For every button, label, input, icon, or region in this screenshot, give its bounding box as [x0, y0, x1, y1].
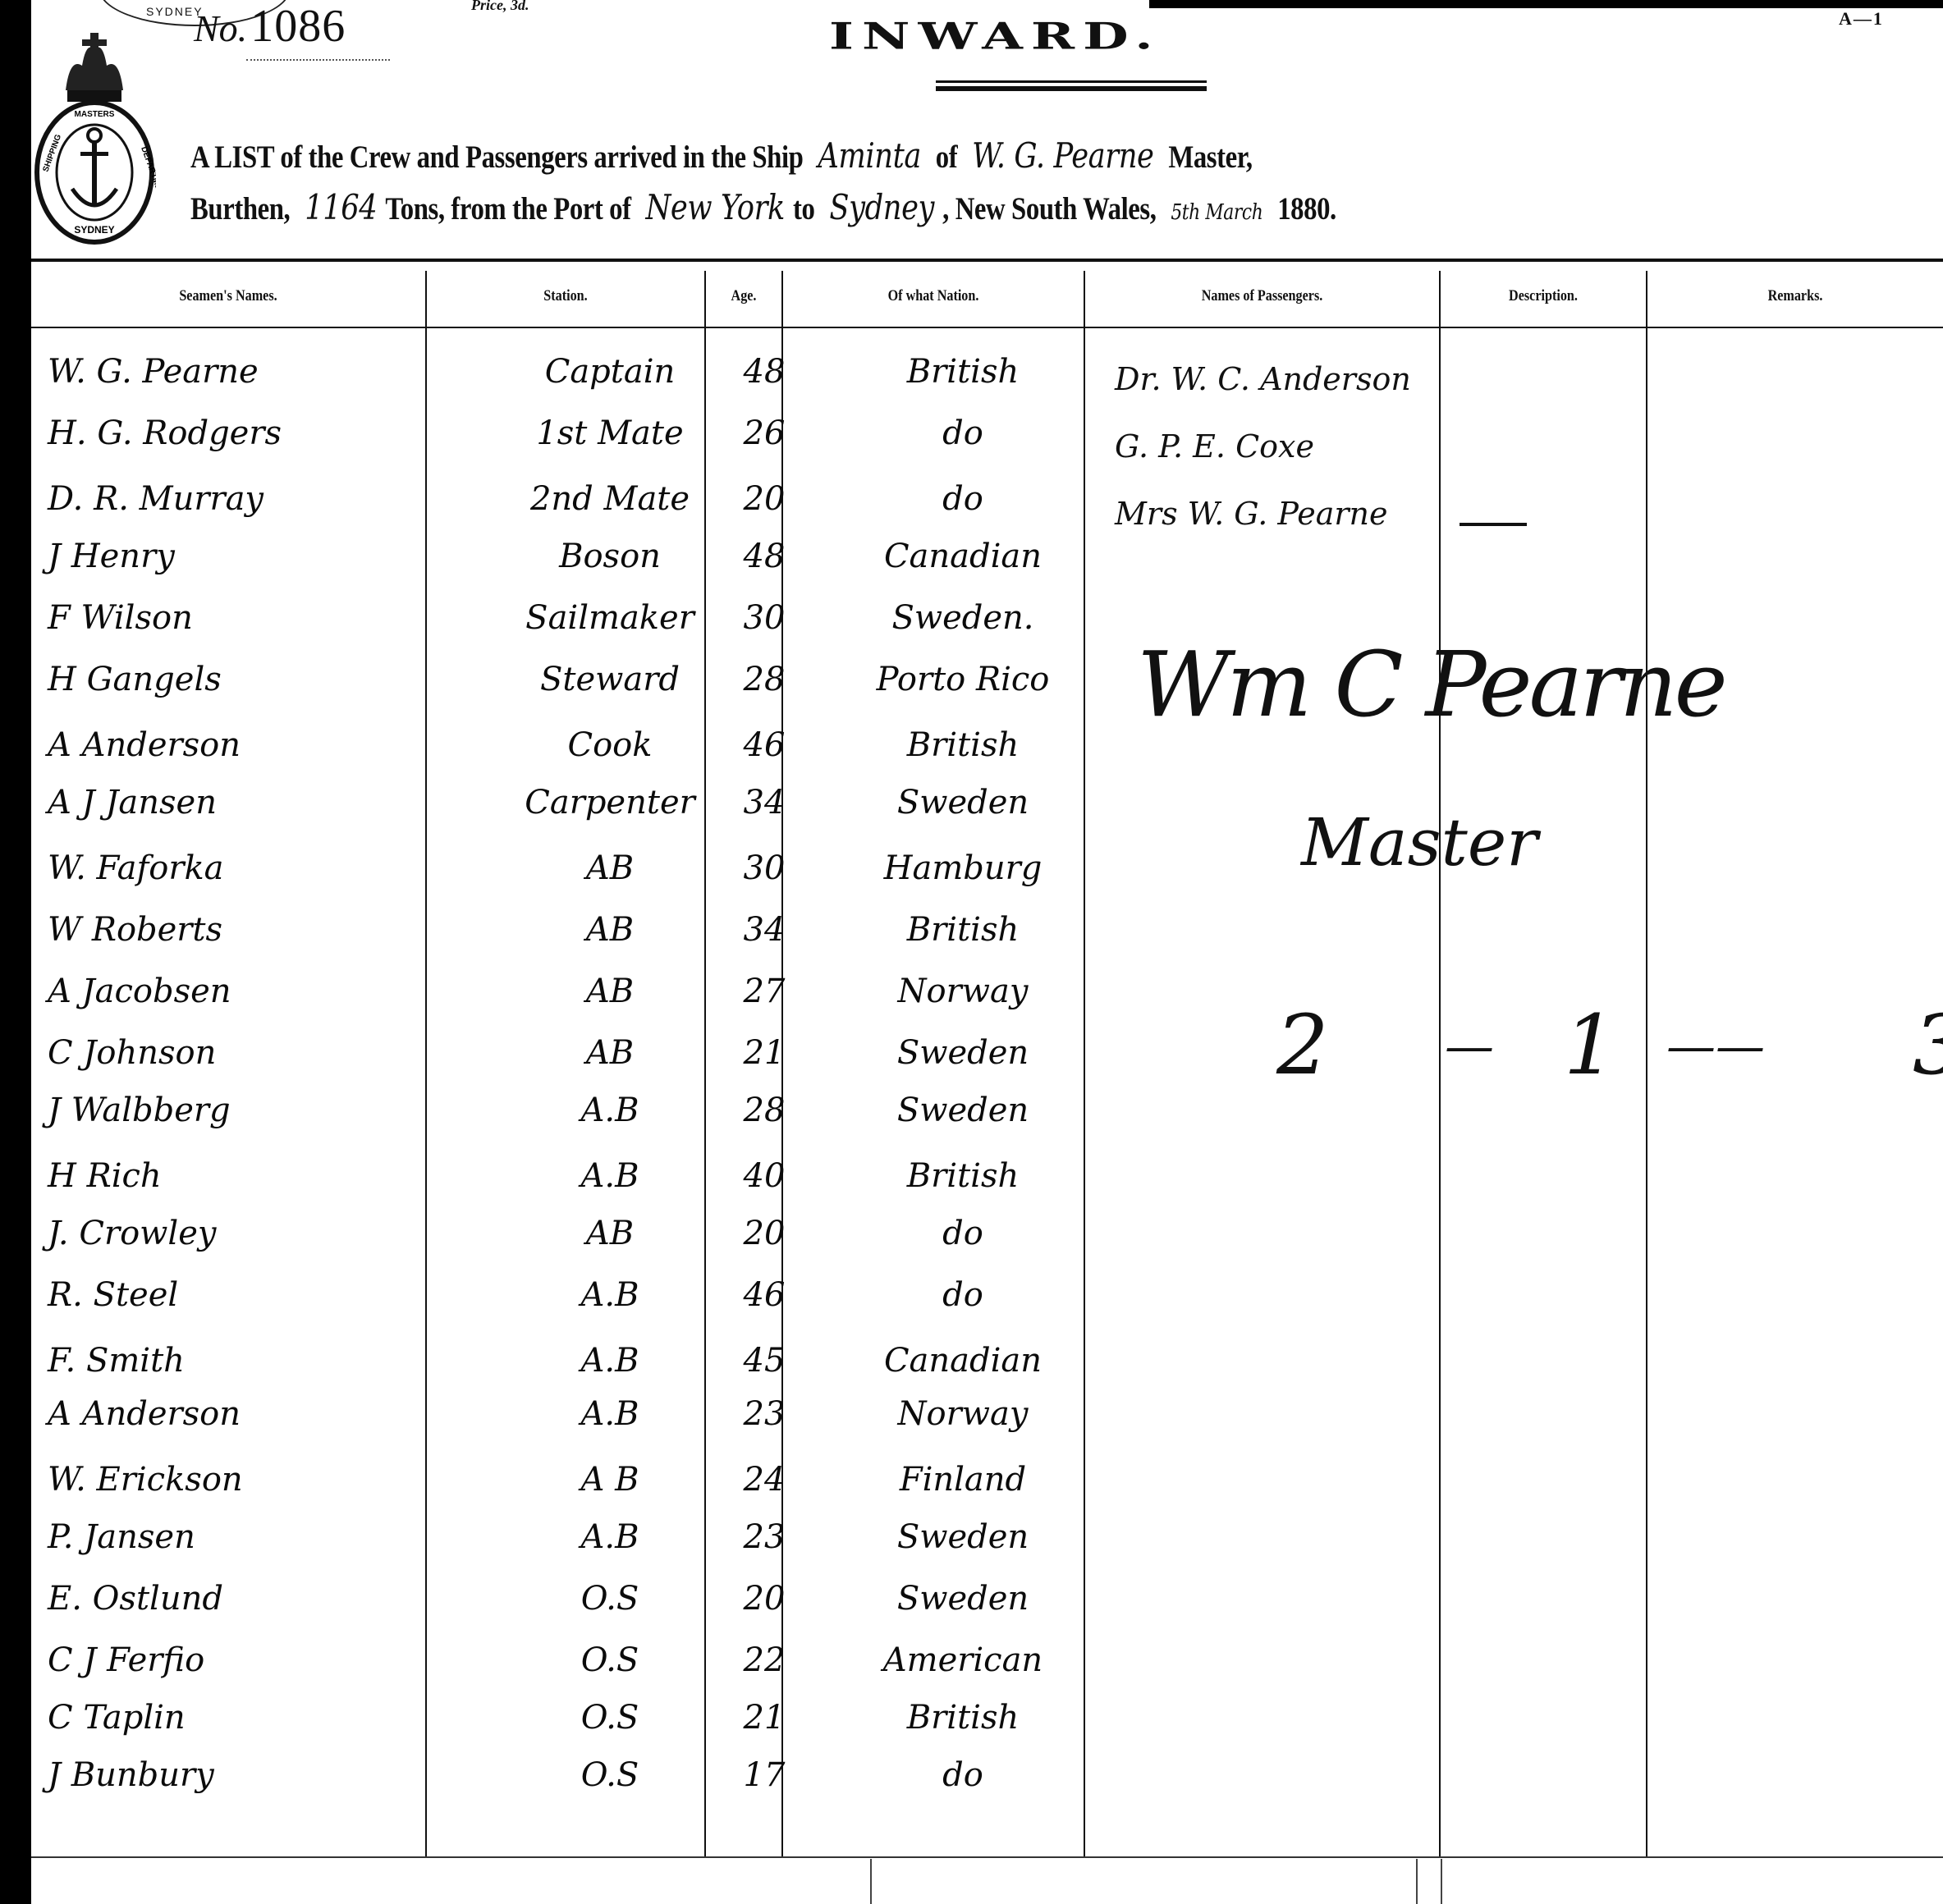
crew-age: 20: [719, 1215, 809, 1252]
crew-age: 34: [719, 911, 809, 949]
crew-age: 34: [719, 784, 809, 822]
to-label: to: [793, 191, 814, 227]
crew-station: 2nd Mate: [487, 480, 733, 518]
crew-row: J. CrowleyAB20do: [31, 1215, 1943, 1264]
crew-station: AB: [487, 1215, 733, 1252]
crew-name: J. Crowley: [48, 1215, 216, 1252]
heading-line-1: A LIST of the Crew and Passengers arrive…: [190, 135, 1253, 176]
crew-name: W Roberts: [48, 911, 222, 949]
col-header-description: Description.: [1456, 287, 1631, 305]
col-header-remarks: Remarks.: [1670, 287, 1921, 305]
crew-age: 46: [719, 1276, 809, 1314]
crew-nation: Sweden: [807, 784, 1119, 822]
crew-name: J Walbberg: [48, 1092, 231, 1129]
crew-name: C Taplin: [48, 1699, 186, 1737]
crew-nation: Sweden: [807, 1580, 1119, 1618]
anchor-crown-crest-icon: SYDNEY SHIPPING MASTERS DEPARTMENT: [33, 25, 156, 246]
crew-row: D. R. Murray2nd Mate20do: [31, 480, 1943, 529]
crew-row: C JohnsonAB21Sweden: [31, 1034, 1943, 1083]
crew-name: J Bunbury: [48, 1756, 214, 1794]
scan-border-left: [0, 0, 31, 1904]
crew-nation: British: [807, 911, 1119, 949]
crew-age: 28: [719, 1092, 809, 1129]
table-bottom-rule: [31, 1856, 1943, 1858]
ship-name: Aminta: [809, 135, 929, 176]
crew-name: F. Smith: [48, 1342, 185, 1380]
arrival-date: 5th March: [1162, 200, 1271, 225]
document-number: No. 1086: [194, 0, 346, 53]
svg-text:MASTERS: MASTERS: [75, 110, 115, 119]
master-name: W. G. Pearne: [964, 135, 1162, 176]
crew-row: C J FerfioO.S22American: [31, 1641, 1943, 1691]
crew-name: J Henry: [48, 538, 175, 575]
number-underline: [246, 59, 390, 61]
crew-station: AB: [487, 1034, 733, 1072]
crew-nation: Finland: [807, 1461, 1119, 1499]
crew-row: H RichA.B40British: [31, 1157, 1943, 1206]
crew-age: 30: [719, 849, 809, 887]
crew-age: 21: [719, 1699, 809, 1737]
tally-passengers: 2: [1276, 997, 1329, 1093]
heading-line-2: Burthen, 1164Tons, from the Port of New …: [190, 187, 1336, 227]
crew-name: P. Jansen: [48, 1518, 195, 1556]
crew-station: A.B: [487, 1342, 733, 1380]
svg-text:SYDNEY: SYDNEY: [74, 224, 114, 236]
crew-station: AB: [487, 973, 733, 1010]
crew-nation: do: [807, 414, 1119, 452]
crew-station: O.S: [487, 1580, 733, 1618]
crew-station: AB: [487, 849, 733, 887]
crew-station: O.S: [487, 1756, 733, 1794]
crew-station: Cook: [487, 726, 733, 764]
crew-station: 1st Mate: [487, 414, 733, 452]
corner-mark: A—1: [1839, 8, 1884, 30]
header-rule: [31, 259, 1943, 262]
crew-row: A JacobsenAB27Norway: [31, 973, 1943, 1022]
col-header-nation: Of what Nation.: [805, 287, 1061, 305]
crew-row: E. OstlundO.S20Sweden: [31, 1580, 1943, 1629]
footer-divider: [870, 1859, 872, 1904]
crew-nation: British: [807, 1157, 1119, 1195]
crew-station: A B: [487, 1461, 733, 1499]
crew-name: W. G. Pearne: [48, 353, 259, 391]
tally-separator: —: [1445, 1018, 1494, 1075]
crew-station: A.B: [487, 1518, 733, 1556]
crew-nation: Sweden: [807, 1092, 1119, 1129]
crew-station: A.B: [487, 1157, 733, 1195]
crew-nation: American: [807, 1641, 1119, 1679]
crew-station: Captain: [487, 353, 733, 391]
crew-name: H Rich: [48, 1157, 162, 1195]
crew-station: A.B: [487, 1276, 733, 1314]
crew-age: 20: [719, 1580, 809, 1618]
tons-value: 1164: [296, 187, 385, 227]
crew-nation: Norway: [807, 1395, 1119, 1433]
crew-nation: Porto Rico: [807, 661, 1119, 698]
crew-age: 40: [719, 1157, 809, 1195]
heading-end: .: [1330, 191, 1336, 227]
crew-nation: do: [807, 1276, 1119, 1314]
passenger-row: Mrs W. G. Pearne: [1115, 496, 1388, 532]
crew-name: E. Ostlund: [48, 1580, 223, 1618]
crew-nation: do: [807, 480, 1119, 518]
crew-station: O.S: [487, 1699, 733, 1737]
crew-row: A AndersonA.B23Norway: [31, 1395, 1943, 1444]
passenger-description-dash: [1460, 523, 1527, 526]
crew-name: W. Faforka: [48, 849, 224, 887]
crew-station: A.B: [487, 1092, 733, 1129]
crew-name: R. Steel: [48, 1276, 178, 1314]
crew-name: C Johnson: [48, 1034, 216, 1072]
crew-row: W RobertsAB34British: [31, 911, 1943, 960]
crew-name: C J Ferfio: [48, 1641, 204, 1679]
master-signature: Wm C Pearne: [1137, 632, 1725, 737]
crew-station: Boson: [487, 538, 733, 575]
column-header-rule: [31, 327, 1943, 328]
crew-row: W. FaforkaAB30Hamburg: [31, 849, 1943, 899]
tally-separator-2: ——: [1666, 1018, 1765, 1075]
crew-name: D. R. Murray: [48, 480, 263, 518]
crew-age: 22: [719, 1641, 809, 1679]
crew-age: 46: [719, 726, 809, 764]
crew-row: J HenryBoson48Canadian: [31, 538, 1943, 587]
crew-nation: Canadian: [807, 1342, 1119, 1380]
footer-divider: [1416, 1859, 1418, 1904]
crew-row: C TaplinO.S21British: [31, 1699, 1943, 1748]
crew-name: A J Jansen: [48, 784, 217, 822]
crew-row: W. G. PearneCaptain48British: [31, 353, 1943, 402]
scan-border-top: [1149, 0, 1943, 8]
crew-age: 24: [719, 1461, 809, 1499]
crew-station: Sailmaker: [487, 599, 733, 637]
crew-nation: do: [807, 1215, 1119, 1252]
crew-row: W. EricksonA B24Finland: [31, 1461, 1943, 1510]
number-value: 1086: [250, 0, 346, 53]
crew-age: 30: [719, 599, 809, 637]
passenger-row: Dr. W. C. Anderson: [1115, 361, 1411, 397]
footer-divider: [1441, 1859, 1442, 1904]
title-rule-thick: [936, 86, 1207, 91]
crew-nation: Sweden.: [807, 599, 1119, 637]
crew-row: P. JansenA.B23Sweden: [31, 1518, 1943, 1568]
number-label: No.: [194, 7, 247, 50]
crew-row: R. SteelA.B46do: [31, 1276, 1943, 1325]
crew-age: 26: [719, 414, 809, 452]
crew-age: 48: [719, 538, 809, 575]
crew-age: 23: [719, 1395, 809, 1433]
crew-station: O.S: [487, 1641, 733, 1679]
crew-station: AB: [487, 911, 733, 949]
master-label: Master,: [1168, 140, 1252, 175]
passenger-row: G. P. E. Coxe: [1115, 428, 1314, 465]
crew-name: F Wilson: [48, 599, 193, 637]
crew-name: A Anderson: [48, 726, 241, 764]
from-port: New York: [637, 187, 793, 227]
crew-name: H. G. Rodgers: [48, 414, 282, 452]
col-header-age: Age.: [712, 287, 776, 305]
price-label: Price, 3d.: [471, 0, 529, 14]
crew-nation: British: [807, 353, 1119, 391]
crew-nation: Sweden: [807, 1034, 1119, 1072]
crew-name: A Anderson: [48, 1395, 241, 1433]
col-header-station: Station.: [447, 287, 683, 305]
col-header-names: Seamen's Names.: [61, 287, 396, 305]
tally-remarks: 3: [1913, 997, 1943, 1093]
crew-age: 23: [719, 1518, 809, 1556]
crew-nation: British: [807, 726, 1119, 764]
crew-row: J BunburyO.S17do: [31, 1756, 1943, 1806]
crew-row: H. G. Rodgers1st Mate26do: [31, 414, 1943, 464]
nsw-label: , New South Wales,: [942, 191, 1156, 227]
crew-nation: do: [807, 1756, 1119, 1794]
to-port: Sydney: [821, 187, 942, 227]
arrival-year: 1880: [1277, 191, 1330, 227]
crew-nation: Sweden: [807, 1518, 1119, 1556]
crew-age: 17: [719, 1756, 809, 1794]
crew-nation: Norway: [807, 973, 1119, 1010]
tons-label: Tons, from the Port of: [385, 191, 630, 227]
tally-description: 1: [1564, 997, 1616, 1093]
crew-nation: British: [807, 1699, 1119, 1737]
crew-age: 45: [719, 1342, 809, 1380]
signature-title: Master: [1301, 804, 1537, 881]
crew-name: A Jacobsen: [48, 973, 231, 1010]
crew-name: H Gangels: [48, 661, 222, 698]
crew-station: Carpenter: [487, 784, 733, 822]
title-rule: [936, 80, 1207, 83]
crew-station: Steward: [487, 661, 733, 698]
crew-age: 20: [719, 480, 809, 518]
crew-station: A.B: [487, 1395, 733, 1433]
burthen-label: Burthen,: [190, 191, 290, 227]
crew-row: J WalbbergA.B28Sweden: [31, 1092, 1943, 1141]
crew-age: 27: [719, 973, 809, 1010]
crew-nation: Hamburg: [807, 849, 1119, 887]
heading-prefix: A LIST of the Crew and Passengers arrive…: [190, 140, 803, 175]
crew-age: 28: [719, 661, 809, 698]
crew-nation: Canadian: [807, 538, 1119, 575]
of-label: of: [936, 140, 957, 175]
crew-age: 21: [719, 1034, 809, 1072]
page-title: INWARD.: [829, 15, 1162, 58]
col-header-passengers: Names of Passengers.: [1111, 287, 1412, 305]
crew-row: A J JansenCarpenter34Sweden: [31, 784, 1943, 833]
crew-row: F. SmithA.B45Canadian: [31, 1342, 1943, 1391]
crew-age: 48: [719, 353, 809, 391]
crew-name: W. Erickson: [48, 1461, 243, 1499]
